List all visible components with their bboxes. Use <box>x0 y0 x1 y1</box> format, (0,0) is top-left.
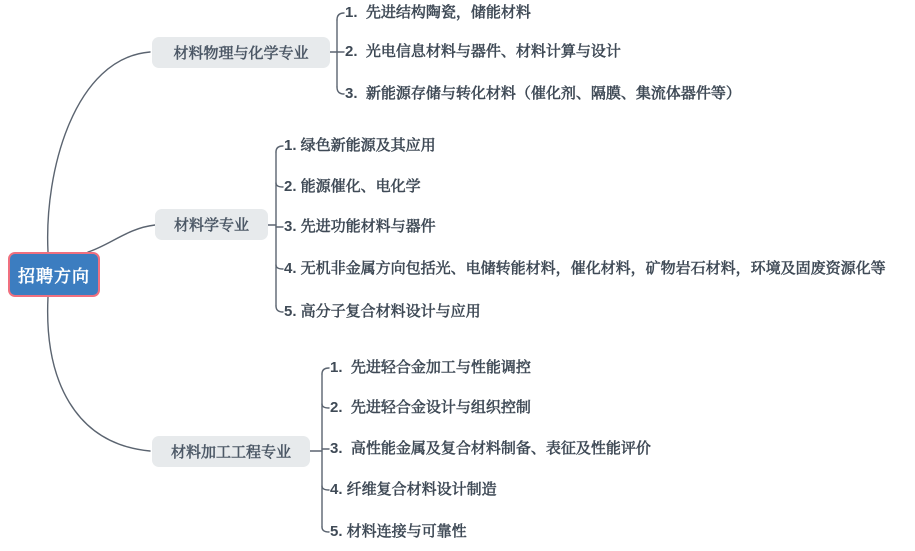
branch1-child-connectors <box>330 13 344 94</box>
branch-node-label: 材料加工工程专业 <box>171 441 291 462</box>
topic-item[interactable]: 4. 无机非金属方向包括光、电储转能材料，催化材料，矿物岩石材料，环境及固废资源… <box>284 258 886 280</box>
branch-node-materials-physics-chemistry[interactable]: 材料物理与化学专业 <box>152 37 330 68</box>
mindmap-canvas: 招聘方向 材料物理与化学专业 1. 先进结构陶瓷，储能材料 2. 光电信息材料与… <box>0 0 915 551</box>
topic-item[interactable]: 1. 先进结构陶瓷，储能材料 <box>345 2 531 24</box>
topic-item[interactable]: 3. 先进功能材料与器件 <box>284 216 436 238</box>
topic-item[interactable]: 5. 材料连接与可靠性 <box>330 521 467 543</box>
topic-item[interactable]: 2. 光电信息材料与器件、材料计算与设计 <box>345 41 621 63</box>
topic-item[interactable]: 5. 高分子复合材料设计与应用 <box>284 301 481 323</box>
branch-node-label: 材料物理与化学专业 <box>173 42 308 63</box>
branch2-child-connectors <box>268 146 283 312</box>
topic-item[interactable]: 2. 能源催化、电化学 <box>284 176 421 198</box>
topic-item[interactable]: 2. 先进轻合金设计与组织控制 <box>330 397 531 419</box>
branch-node-materials-science[interactable]: 材料学专业 <box>155 209 268 240</box>
topic-item[interactable]: 1. 绿色新能源及其应用 <box>284 135 436 157</box>
topic-item[interactable]: 3. 高性能金属及复合材料制备、表征及性能评价 <box>330 438 651 460</box>
branch-node-label: 材料学专业 <box>174 214 249 235</box>
branch-node-materials-processing-engineering[interactable]: 材料加工工程专业 <box>152 436 310 467</box>
root-node-label: 招聘方向 <box>18 262 90 287</box>
topic-item[interactable]: 1. 先进轻合金加工与性能调控 <box>330 357 531 379</box>
root-node-recruiting-directions[interactable]: 招聘方向 <box>8 252 100 297</box>
branch3-child-connectors <box>310 368 329 532</box>
topic-item[interactable]: 3. 新能源存储与转化材料（催化剂、隔膜、集流体器件等） <box>345 83 741 105</box>
topic-item[interactable]: 4. 纤维复合材料设计制造 <box>330 479 497 501</box>
